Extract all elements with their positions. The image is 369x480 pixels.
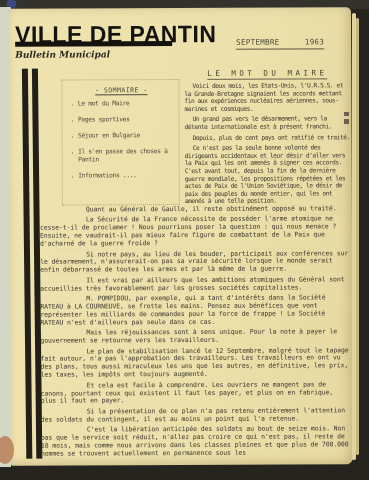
- paragraph: Et cela est facile à comprendre. Les ouv…: [41, 381, 352, 406]
- paragraph: Quant au Général de Gaulle, il reste obs…: [40, 205, 351, 214]
- sommaire-item-label: Séjour en Bulgarie: [78, 132, 140, 140]
- scanned-bulletin-page: VILLE DE PANTIN Bulletin Municipal SEPTE…: [0, 0, 369, 480]
- issue-date: SEPTEMBRE 1963: [236, 37, 324, 49]
- sommaire-item-sejour-en-bulgarie: . Séjour en Bulgarie: [71, 132, 173, 140]
- bullet-dot: .: [71, 132, 74, 140]
- edge-stamp-mark: [344, 119, 349, 124]
- sommaire-item-le-mot-du-maire: . Le mot du Maire: [70, 100, 172, 108]
- edge-stamp-mark: [344, 112, 349, 116]
- paragraph: Si notre pays, au lieu de les bouder, pa…: [40, 250, 351, 275]
- paragraph: Depuis, plus de cent pays ont ratifié ce…: [185, 134, 353, 142]
- sommaire-item-label: Il s'en passe des choses à Pantin: [78, 148, 173, 164]
- paragraph: Un grand pas vers le désarmement, vers l…: [184, 116, 352, 132]
- sommaire-item-label: Pages sportives: [78, 116, 130, 124]
- masthead-underline-bar: [15, 41, 172, 46]
- book-page-edge: [356, 18, 359, 455]
- paragraph: Voici deux mois, les Etats-Unis, l'U.R.S…: [184, 82, 352, 113]
- masthead-subtitle: Bulletin Municipal: [15, 50, 110, 60]
- paragraph: C'est la libération anticipée des soldat…: [41, 425, 352, 458]
- paper-page: VILLE DE PANTIN Bulletin Municipal SEPTE…: [9, 7, 353, 465]
- paragraph: Mais les réjouissances sont à sens uniqu…: [40, 328, 351, 345]
- bullet-dot: .: [70, 100, 73, 108]
- issue-month: SEPTEMBRE: [236, 38, 279, 47]
- paragraph: Ce n'est pas la seule bonne volonté des …: [185, 144, 353, 205]
- article-fullwidth-text: Quant au Général de Gaulle, il reste obs…: [40, 205, 352, 461]
- article-column-text: Voici deux mois, les Etats-Unis, l'U.R.S…: [184, 82, 353, 209]
- sommaire-box: - SOMMAIRE - . Le mot du Maire . Pages s…: [61, 79, 180, 206]
- paragraph: Le plan de stabilisation lancé le 12 Sep…: [40, 347, 351, 380]
- paragraph: Si la présentation de ce plan n'a pas re…: [41, 407, 352, 424]
- article-title: LE MOT DU MAIRE: [207, 68, 327, 80]
- sommaire-item-label: Le mot du Maire: [78, 100, 130, 108]
- sommaire-item-pages-sportives: . Pages sportives: [70, 116, 172, 124]
- bullet-dot: .: [70, 116, 73, 124]
- paragraph: La Sécurité de la France nécessite de po…: [40, 216, 351, 249]
- sommaire-title: - SOMMAIRE -: [70, 86, 172, 94]
- bullet-dot: .: [71, 172, 74, 180]
- issue-year: 1963: [305, 37, 324, 46]
- sommaire-item-label: Informations ....: [78, 172, 137, 180]
- sommaire-item-il-sen-passe: . Il s'en passe des choses à Pantin: [71, 148, 173, 164]
- sommaire-item-informations: . Informations ....: [71, 172, 173, 180]
- vertical-rule-left: [22, 69, 32, 459]
- bullet-dot: .: [71, 148, 75, 164]
- paragraph: M. POMPIDOU, par exemple, qui a tant d'i…: [40, 294, 351, 327]
- paragraph: Il est vrai par ailleurs que les ambitio…: [40, 276, 351, 293]
